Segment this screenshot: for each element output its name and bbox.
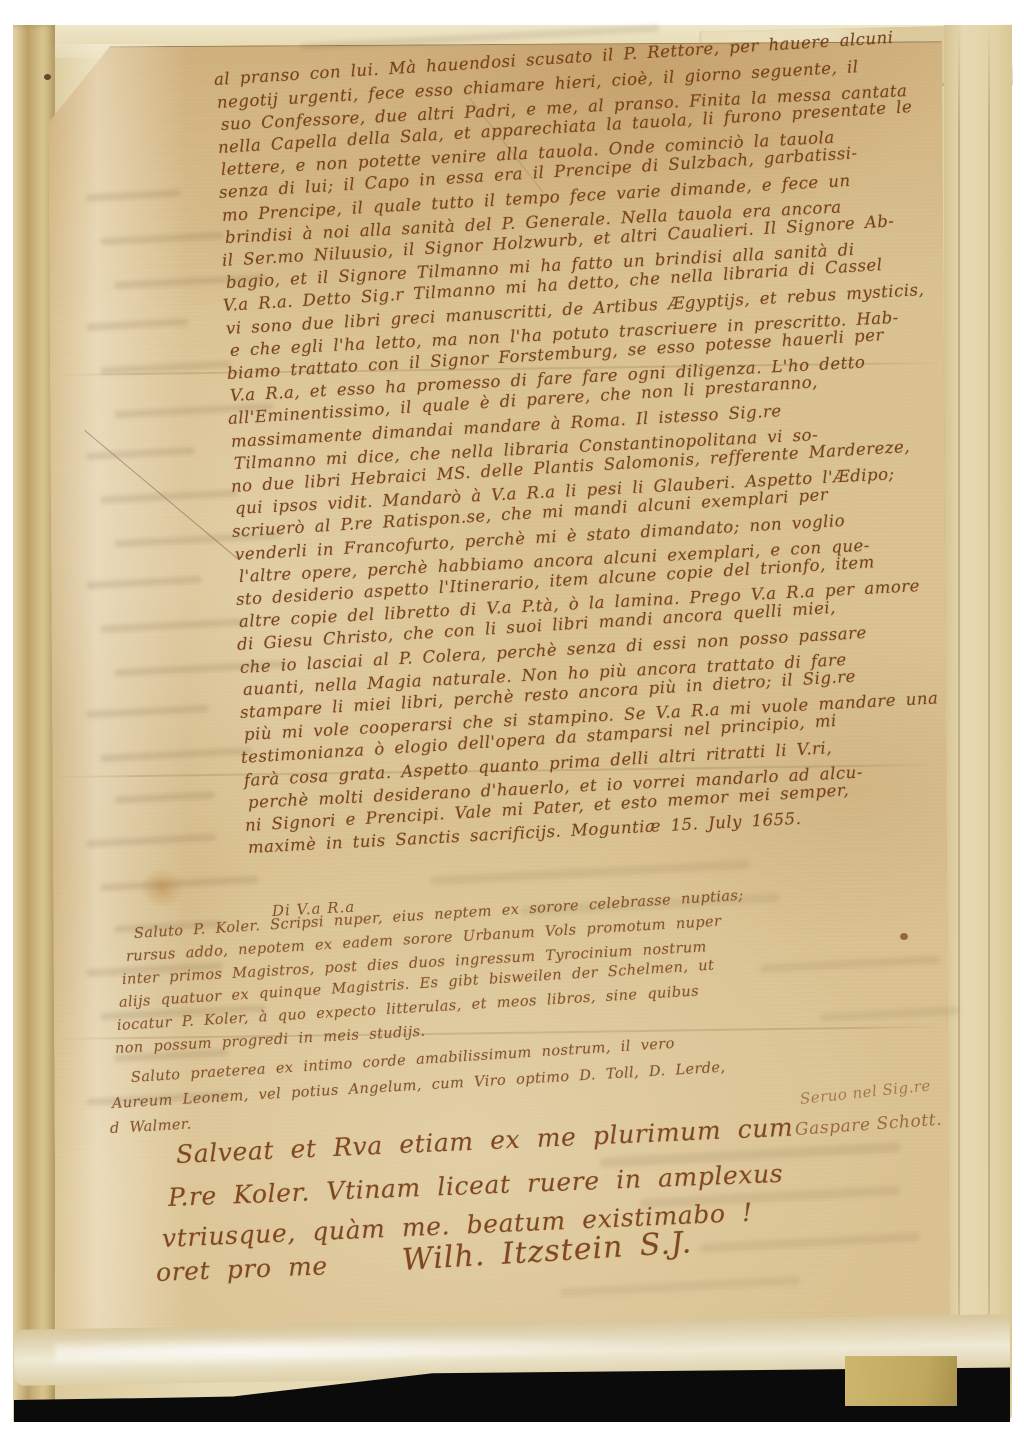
sender-name: Gaspare Schott. xyxy=(794,1110,943,1140)
closing-line: oret pro me xyxy=(155,1251,328,1287)
book-cover-corner xyxy=(845,1356,957,1406)
handwriting-layer: al pranso con lui. Mà hauendosi scusato … xyxy=(0,0,1024,1448)
manuscript-scan: al pranso con lui. Mà hauendosi scusato … xyxy=(0,0,1024,1448)
postscript-line: d Walmer. xyxy=(110,1116,192,1137)
sender-note: Seruo nel Sig.re xyxy=(799,1076,932,1108)
